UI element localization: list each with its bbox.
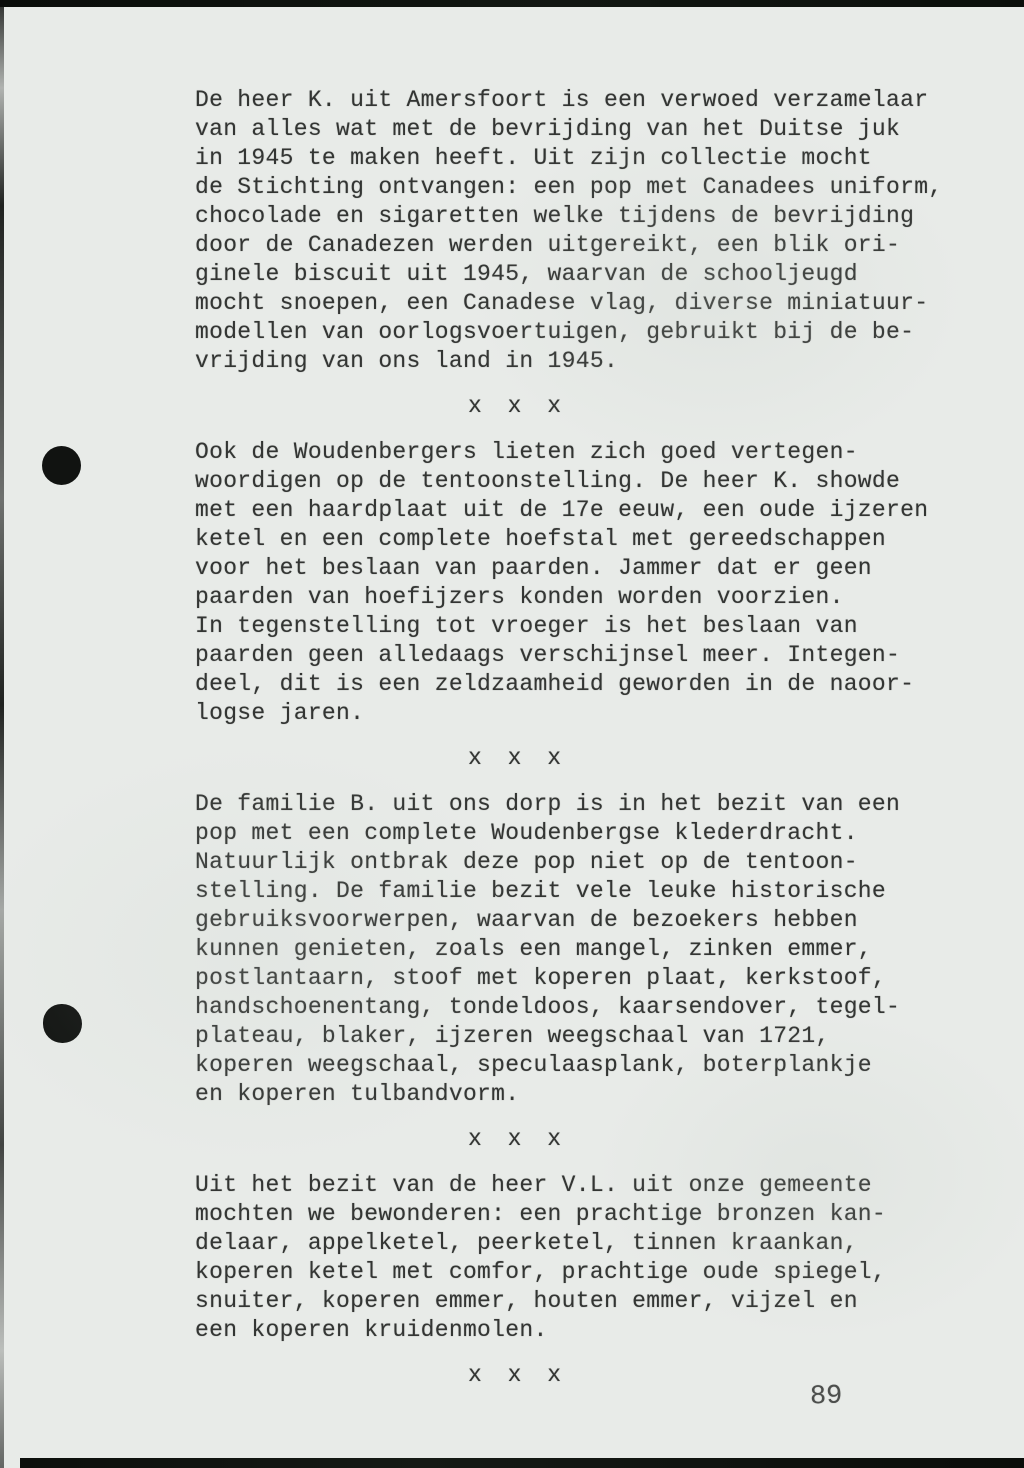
paragraph-heer-vl-bezit: Uit het bezit van de heer V.L. uit onze …	[195, 1171, 970, 1345]
section-separator-1: x x x	[195, 392, 970, 421]
paragraph-familie-b-klederdracht: De familie B. uit ons dorp is in het bez…	[195, 790, 970, 1109]
document-text-body: De heer K. uit Amersfoort is een verwoed…	[195, 86, 970, 1407]
paragraph-woudenbergers-hoefstal: Ook de Woudenbergers lieten zich goed ve…	[195, 438, 970, 728]
scan-top-edge	[0, 0, 1024, 7]
punch-hole-top	[42, 446, 81, 485]
page-number: 89	[809, 1381, 842, 1412]
scanned-document-page: De heer K. uit Amersfoort is een verwoed…	[0, 0, 1024, 1468]
punch-hole-bottom	[43, 1004, 82, 1043]
section-separator-3: x x x	[195, 1125, 970, 1154]
paragraph-amersfoort-collection: De heer K. uit Amersfoort is een verwoed…	[195, 86, 970, 376]
section-separator-2: x x x	[195, 744, 970, 773]
section-separator-4: x x x	[195, 1361, 970, 1390]
scan-bottom-edge	[20, 1458, 1024, 1468]
scan-left-edge	[0, 0, 4, 1468]
